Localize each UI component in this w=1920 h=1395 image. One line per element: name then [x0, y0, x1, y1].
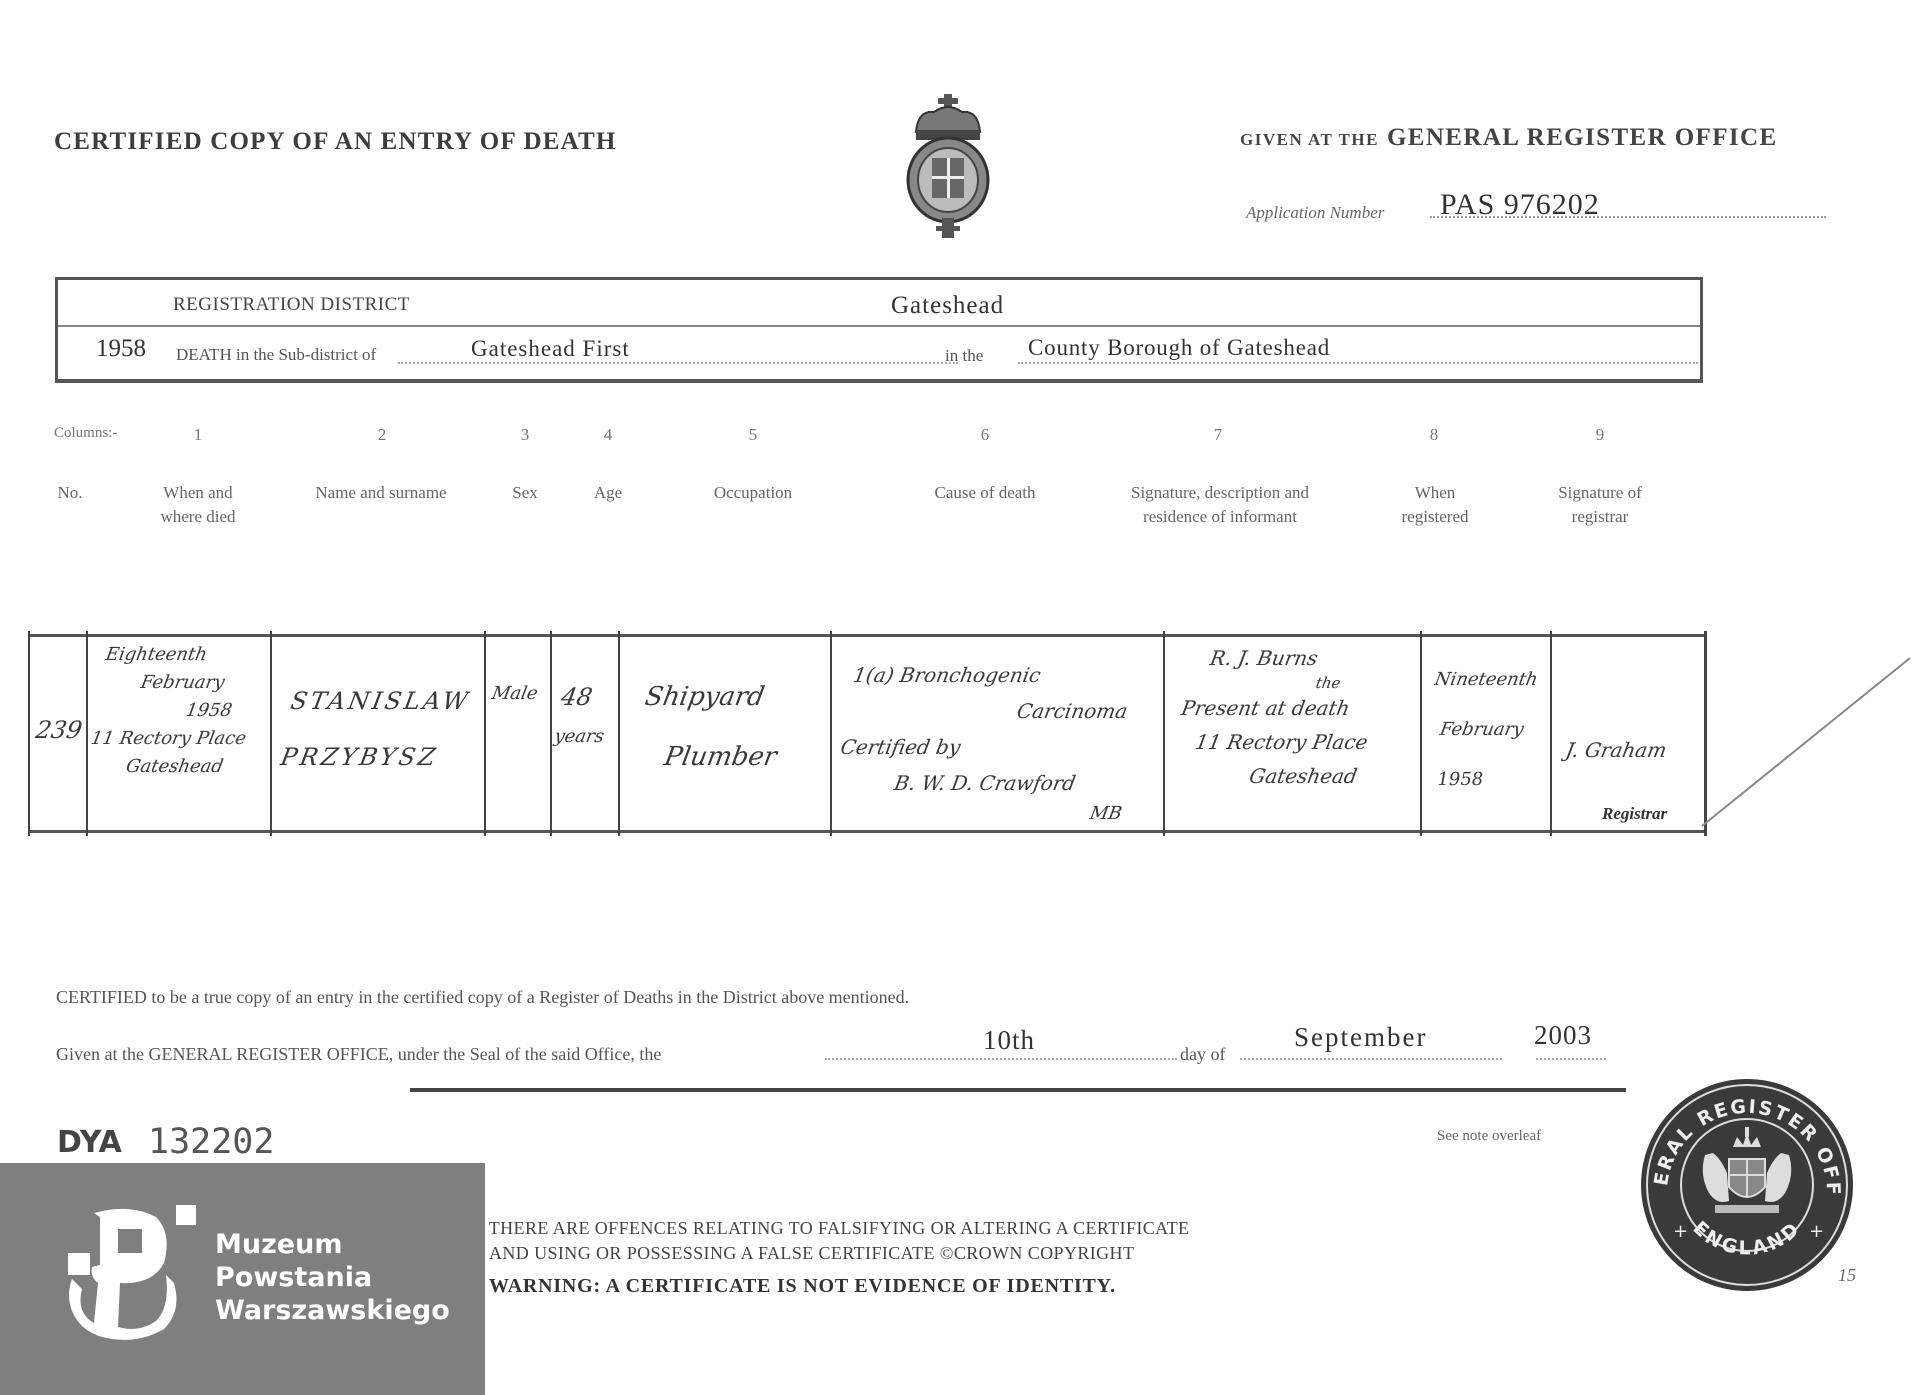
entry-informant-the: the	[1185, 675, 1380, 691]
svg-text:+: +	[1809, 1221, 1824, 1242]
entry-age: 48 years	[551, 677, 615, 757]
document-title: CERTIFIED COPY OF AN ENTRY OF DEATH	[54, 128, 617, 156]
museum-name-line2: Powstania	[215, 1261, 450, 1294]
entry-cause-qualification: MB	[1087, 797, 1125, 831]
svg-text:+: +	[1673, 1221, 1688, 1242]
registration-district-label: REGISTRATION DISTRICT	[173, 294, 410, 316]
column-divider	[1420, 631, 1422, 836]
column-divider	[550, 631, 552, 836]
entry-date-day: Eighteenth	[103, 641, 280, 669]
museum-watermark: Muzeum Powstania Warszawskiego	[0, 1163, 485, 1395]
in-the-label: in the	[945, 346, 983, 366]
column-divider	[830, 631, 832, 836]
corner-handwritten-mark: 15	[1838, 1265, 1856, 1286]
column-divider	[28, 631, 30, 836]
application-number: PAS 976202	[1440, 188, 1600, 222]
column-heading-cause-of-death: Cause of death	[905, 481, 1065, 505]
entry-date-month: February	[98, 669, 275, 697]
entry-cause-line4: B. W. D. Crawford	[831, 765, 1118, 801]
entry-place-town: Gateshead	[84, 753, 261, 781]
column-number-9: 9	[1580, 425, 1620, 445]
serial-number: 132202	[148, 1122, 274, 1162]
entry-registered-day: Nineteenth	[1430, 655, 1542, 705]
museum-name-line3: Warszawskiego	[215, 1294, 450, 1327]
certification-month: September	[1294, 1022, 1427, 1053]
entry-informant-name: R. J. Burns	[1187, 641, 1385, 675]
registration-divider	[58, 325, 1700, 327]
entry-cause-of-death: 1(a) Bronchogenic Carcinoma Certified by…	[831, 657, 1137, 801]
entry-place-street: 11 Rectory Place	[89, 725, 266, 753]
column-number-5: 5	[733, 425, 773, 445]
column-heading-name: Name and surname	[292, 481, 470, 505]
column-heading-informant: Signature, description and residence of …	[1100, 481, 1340, 529]
county-value: County Borough of Gateshead	[1028, 335, 1330, 361]
column-number-7: 7	[1198, 425, 1238, 445]
column-heading-when-where-died: When and where died	[143, 481, 253, 529]
entry-occupation-line1: Shipyard	[640, 667, 792, 727]
columns-label: Columns:-	[54, 425, 117, 442]
column-number-3: 3	[505, 425, 545, 445]
entry-registered-year: 1958	[1413, 755, 1525, 805]
entry-age-unit: years	[551, 717, 607, 757]
column-number-8: 8	[1414, 425, 1454, 445]
day-dotted-line	[825, 1058, 1177, 1060]
certification-rule	[410, 1088, 1626, 1092]
entry-surname: PRZYBYSZ	[276, 729, 465, 785]
kotwica-anchor-icon	[60, 1203, 200, 1343]
day-of-label: day of	[1180, 1044, 1225, 1065]
column-divider	[484, 631, 486, 836]
entry-cause-line1: 1(a) Bronchogenic	[850, 657, 1137, 693]
identity-warning: WARNING: A CERTIFICATE IS NOT EVIDENCE O…	[489, 1275, 1116, 1298]
certification-year: 2003	[1534, 1020, 1592, 1051]
entry-registrar-signature: J. Graham	[1563, 733, 1669, 767]
museum-name: Muzeum Powstania Warszawskiego	[215, 1228, 450, 1327]
museum-name-line1: Muzeum	[215, 1228, 450, 1261]
column-heading-registrar-signature: Signature of registrar	[1540, 481, 1660, 529]
royal-crest-icon	[898, 92, 998, 242]
cancellation-diagonal-line	[1700, 650, 1920, 830]
column-divider	[1163, 631, 1165, 836]
column-heading-occupation: Occupation	[683, 481, 823, 505]
entry-age-value: 48	[558, 677, 614, 717]
serial-prefix: DYA	[57, 1125, 122, 1160]
entry-registered-month: February	[1422, 705, 1534, 755]
entry-informant-town: Gateshead	[1167, 759, 1365, 793]
entry-cause-line2: Carcinoma	[844, 693, 1131, 729]
certification-day: 10th	[983, 1025, 1035, 1056]
column-number-4: 4	[588, 425, 628, 445]
entry-forename: STANISLAW	[286, 673, 475, 729]
subdistrict-value: Gateshead First	[471, 336, 630, 362]
county-dotted-line	[1018, 362, 1698, 364]
registration-district-value: Gateshead	[891, 292, 1004, 320]
column-divider	[618, 631, 620, 836]
see-note-overleaf: See note overleaf	[1437, 1128, 1541, 1145]
entry-row: 239 Eighteenth February 1958 11 Rectory …	[30, 634, 1706, 833]
entry-sex: Male	[489, 677, 541, 711]
column-number-1: 1	[178, 425, 218, 445]
entry-when-registered: Nineteenth February 1958	[1413, 655, 1542, 805]
year-dotted-line	[1536, 1058, 1606, 1060]
gro-heading: GIVEN AT THEGENERAL REGISTER OFFICE	[1240, 124, 1778, 152]
column-heading-when-registered: When registered	[1385, 481, 1485, 529]
gro-seal-icon: GENERAL REGISTER OFFICE ENGLAND + +	[1637, 1075, 1857, 1295]
given-at-statement: Given at the GENERAL REGISTER OFFICE, un…	[56, 1044, 661, 1065]
entry-informant-street: 11 Rectory Place	[1173, 725, 1371, 759]
column-heading-no: No.	[46, 481, 94, 505]
column-heading-age: Age	[583, 481, 633, 505]
month-dotted-line	[1240, 1058, 1502, 1060]
death-year: 1958	[96, 335, 146, 363]
column-number-2: 2	[362, 425, 402, 445]
entry-when-where-died: Eighteenth February 1958 11 Rectory Plac…	[84, 641, 281, 781]
caution-line-2: AND USING OR POSSESSING A FALSE CERTIFIC…	[489, 1243, 1134, 1264]
column-divider	[1550, 631, 1552, 836]
entry-informant-description: Present at death	[1179, 691, 1377, 725]
caution-line-1: CAUTION: THERE ARE OFFENCES RELATING TO …	[395, 1218, 1189, 1239]
column-heading-sex: Sex	[500, 481, 550, 505]
entry-occupation-line2: Plumber	[629, 727, 781, 787]
entry-cause-line3: Certified by	[838, 729, 1125, 765]
gro-heading-prefix: GIVEN AT THE	[1240, 130, 1379, 149]
gro-heading-office: GENERAL REGISTER OFFICE	[1387, 124, 1778, 151]
entry-informant: R. J. Burns the Present at death 11 Rect…	[1167, 641, 1386, 793]
column-divider	[86, 631, 88, 836]
application-number-label: Application Number	[1246, 203, 1384, 223]
entry-no: 239	[33, 713, 85, 747]
registration-district-box: REGISTRATION DISTRICT Gateshead 1958 DEA…	[55, 277, 1703, 383]
subdistrict-dotted-line	[398, 362, 958, 364]
entry-name: STANISLAW PRZYBYSZ	[276, 673, 475, 785]
column-number-6: 6	[965, 425, 1005, 445]
registrar-label: Registrar	[1602, 797, 1667, 831]
subdistrict-label: DEATH in the Sub-district of	[176, 345, 376, 365]
entry-date-year: 1958	[94, 697, 271, 725]
certified-statement: CERTIFIED to be a true copy of an entry …	[56, 987, 909, 1008]
entry-occupation: Shipyard Plumber	[629, 667, 792, 787]
